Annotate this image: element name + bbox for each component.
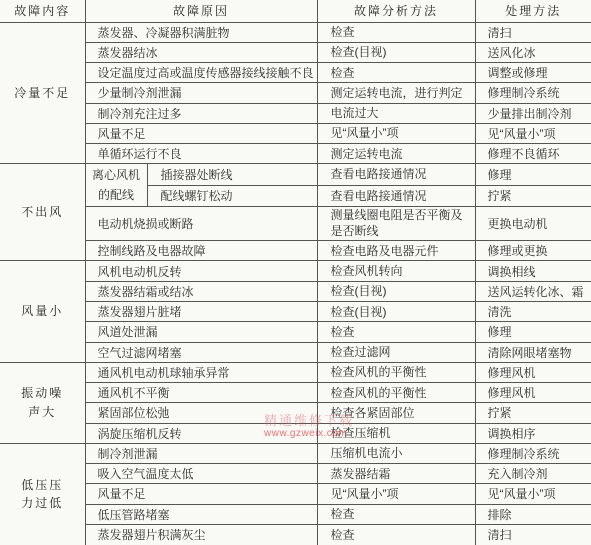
cause-cell: 通风机不平衡	[85, 383, 317, 403]
header-fault-cause: 故障原因	[85, 0, 317, 22]
table-row: 少量制冷剂泄漏 测定运转电流，进行判定 修理制冷系统	[0, 83, 591, 103]
table-row: 蒸发器翅片积满灰尘 检查 清扫	[0, 524, 591, 545]
cause-cell: 风机电动机反转	[85, 261, 317, 281]
cause-cell: 低压管路堵塞	[85, 504, 317, 524]
analysis-cell: 检查压缩机	[317, 423, 475, 443]
table-row: 蒸发器结霜或结冰 检查(目视) 送风运转化冰、霜	[0, 281, 591, 301]
cause-cell: 涡旋压缩机反转	[85, 423, 317, 443]
table-row: 涡旋压缩机反转 检查压缩机 调换相序	[0, 423, 591, 443]
cause-cell: 蒸发器、冷凝器积满脏物	[85, 22, 317, 42]
treatment-cell: 见“风量小”项	[475, 484, 591, 504]
cause-cell: 吸入空气温度太低	[85, 464, 317, 484]
fault-diagnosis-table: 故障内容 故障原因 故障分析方法 处理方法 冷量不足 蒸发器、冷凝器积满脏物 检…	[0, 0, 591, 545]
group-label-no-airflow: 不出风	[0, 164, 85, 261]
scanned-manual-page: 故障内容 故障原因 故障分析方法 处理方法 冷量不足 蒸发器、冷凝器积满脏物 检…	[0, 0, 591, 545]
cause-cell: 插接器处断线	[147, 164, 317, 185]
table-row: 蒸发器翅片脏堵 检查(目视) 清洗	[0, 301, 591, 321]
treatment-cell: 拧紧	[475, 403, 591, 423]
cause-cell: 风量不足	[85, 123, 317, 143]
analysis-cell: 检查	[317, 524, 475, 545]
treatment-cell: 清扫	[475, 22, 591, 42]
cause-cell: 单循环运行不良	[85, 144, 317, 164]
analysis-cell: 检查(目视)	[317, 281, 475, 301]
treatment-cell: 修理	[475, 322, 591, 342]
table-row: 吸入空气温度太低 蒸发器结霜 充入制冷剂	[0, 464, 591, 484]
table-row: 振动噪 声大 通风机电动机球轴承异常 检查风机的平衡性 修理风机	[0, 362, 591, 382]
header-treatment-method: 处理方法	[475, 0, 591, 22]
analysis-cell: 测定运转电流，进行判定	[317, 83, 475, 103]
table-row: 风量不足 见“风量小”项 见“风量小”项	[0, 484, 591, 504]
treatment-cell: 清除网眼堵塞物	[475, 342, 591, 362]
cause-cell: 配线螺钉松动	[147, 185, 317, 206]
cause-cell: 蒸发器翅片脏堵	[85, 301, 317, 321]
analysis-cell: 电流过大	[317, 103, 475, 123]
analysis-cell: 检查风机转向	[317, 261, 475, 281]
treatment-cell: 清洗	[475, 301, 591, 321]
cause-cell: 少量制冷剂泄漏	[85, 83, 317, 103]
analysis-cell: 检查(目视)	[317, 42, 475, 62]
treatment-cell: 修理不良循环	[475, 144, 591, 164]
analysis-cell: 测定运转电流	[317, 144, 475, 164]
treatment-cell: 调整或修理	[475, 63, 591, 83]
table-row: 空气过滤网堵塞 检查过滤网 清除网眼堵塞物	[0, 342, 591, 362]
treatment-cell: 调换相线	[475, 261, 591, 281]
analysis-cell: 检查	[317, 322, 475, 342]
table-row: 蒸发器结冰 检查(目视) 送风化冰	[0, 42, 591, 62]
analysis-cell: 查看电路接通情况	[317, 185, 475, 206]
treatment-cell: 送风化冰	[475, 42, 591, 62]
cause-cell: 空气过滤网堵塞	[85, 342, 317, 362]
treatment-cell: 少量排出制冷剂	[475, 103, 591, 123]
analysis-cell: 见“风量小”项	[317, 484, 475, 504]
analysis-cell: 见“风量小”项	[317, 123, 475, 143]
analysis-cell: 检查(目视)	[317, 301, 475, 321]
treatment-cell: 更换电动机	[475, 206, 591, 240]
table-row: 低压管路堵塞 检查 排除	[0, 504, 591, 524]
cause-cell: 蒸发器结冰	[85, 42, 317, 62]
analysis-cell: 蒸发器结霜	[317, 464, 475, 484]
treatment-cell: 见“风量小”项	[475, 123, 591, 143]
analysis-cell: 检查风机的平衡性	[317, 383, 475, 403]
analysis-cell: 检查	[317, 504, 475, 524]
group-label-insufficient-cooling: 冷量不足	[0, 22, 85, 164]
group-label-low-pressure: 低压压 力过低	[0, 443, 85, 545]
treatment-cell: 调换相序	[475, 423, 591, 443]
treatment-cell: 拧紧	[475, 185, 591, 206]
treatment-cell: 修理风机	[475, 362, 591, 382]
table-row: 风量不足 见“风量小”项 见“风量小”项	[0, 123, 591, 143]
treatment-cell: 修理制冷系统	[475, 83, 591, 103]
analysis-cell: 检查电路及电器元件	[317, 241, 475, 261]
analysis-cell: 查看电路接通情况	[317, 164, 475, 185]
analysis-cell: 检查各紧固部位	[317, 403, 475, 423]
header-row: 故障内容 故障原因 故障分析方法 处理方法	[0, 0, 591, 22]
table-row: 控制线路及电器故障 检查电路及电器元件 修理或更换	[0, 241, 591, 261]
cause-cell: 通风机电动机球轴承异常	[85, 362, 317, 382]
analysis-cell: 测量线圈电阻是否平衡及是否断线	[317, 206, 475, 240]
header-fault-content: 故障内容	[0, 0, 85, 22]
analysis-cell: 检查风机的平衡性	[317, 362, 475, 382]
table-row: 冷量不足 蒸发器、冷凝器积满脏物 检查 清扫	[0, 22, 591, 42]
table-row: 设定温度过高或温度传感器接线接触不良 检查 调整或修理	[0, 63, 591, 83]
cause-cell: 电动机烧损或断路	[85, 206, 317, 240]
cause-cell: 控制线路及电器故障	[85, 241, 317, 261]
table-row: 通风机不平衡 检查风机的平衡性 修理风机	[0, 383, 591, 403]
analysis-cell: 检查过滤网	[317, 342, 475, 362]
treatment-cell: 排除	[475, 504, 591, 524]
table-row: 不出风 离心风机 的配线 插接器处断线 查看电路接通情况 修理	[0, 164, 591, 185]
treatment-cell: 修理风机	[475, 383, 591, 403]
table-row: 风量小 风机电动机反转 检查风机转向 调换相线	[0, 261, 591, 281]
table-row: 单循环运行不良 测定运转电流 修理不良循环	[0, 144, 591, 164]
cause-cell: 风道处泄漏	[85, 322, 317, 342]
treatment-cell: 修理	[475, 164, 591, 185]
treatment-cell: 修理或更换	[475, 241, 591, 261]
treatment-cell: 修理制冷系统	[475, 443, 591, 463]
cause-cell: 风量不足	[85, 484, 317, 504]
cause-cell: 制冷剂充注过多	[85, 103, 317, 123]
group-label-low-airflow: 风量小	[0, 261, 85, 362]
table-row: 低压压 力过低 制冷剂泄漏 压缩机电流小 修理制冷系统	[0, 443, 591, 463]
cause-cell: 制冷剂泄漏	[85, 443, 317, 463]
treatment-cell: 送风运转化冰、霜	[475, 281, 591, 301]
analysis-cell: 压缩机电流小	[317, 443, 475, 463]
table-row: 紧固部位松弛 检查各紧固部位 拧紧	[0, 403, 591, 423]
treatment-cell: 充入制冷剂	[475, 464, 591, 484]
cause-cell: 设定温度过高或温度传感器接线接触不良	[85, 63, 317, 83]
table-row: 风道处泄漏 检查 修理	[0, 322, 591, 342]
treatment-cell: 清扫	[475, 524, 591, 545]
sub-group-label-fan-wiring: 离心风机 的配线	[85, 164, 147, 206]
table-row: 制冷剂充注过多 电流过大 少量排出制冷剂	[0, 103, 591, 123]
cause-cell: 蒸发器翅片积满灰尘	[85, 524, 317, 545]
table-header: 故障内容 故障原因 故障分析方法 处理方法	[0, 0, 591, 22]
header-analysis-method: 故障分析方法	[317, 0, 475, 22]
analysis-cell: 检查	[317, 22, 475, 42]
table-row: 电动机烧损或断路 测量线圈电阻是否平衡及是否断线 更换电动机	[0, 206, 591, 240]
analysis-cell: 检查	[317, 63, 475, 83]
cause-cell: 紧固部位松弛	[85, 403, 317, 423]
group-label-vibration-noise: 振动噪 声大	[0, 362, 85, 443]
cause-cell: 蒸发器结霜或结冰	[85, 281, 317, 301]
